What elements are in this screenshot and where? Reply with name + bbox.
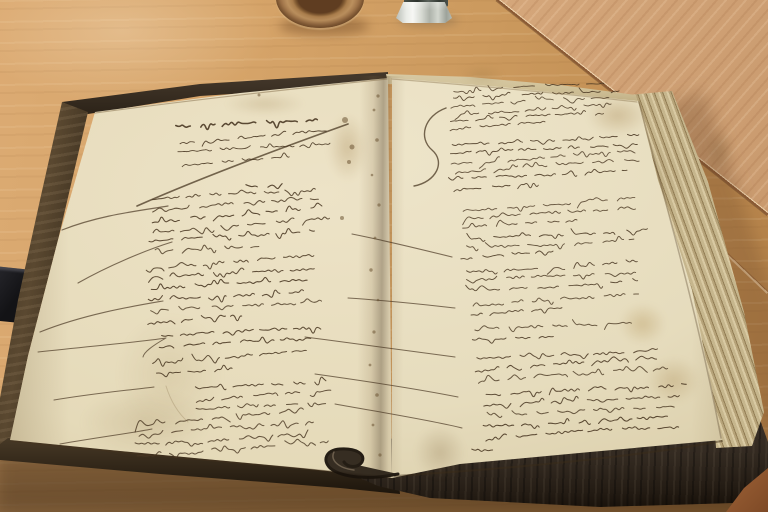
page-stain (210, 88, 320, 120)
page-stain (575, 88, 660, 143)
stains-layer (0, 0, 768, 512)
page-stain (55, 375, 235, 470)
page-stain (452, 60, 512, 90)
page-stain (320, 100, 375, 195)
page-stain (405, 415, 475, 490)
page-stain (636, 348, 711, 413)
photo-scene (0, 0, 768, 512)
page-stain (610, 295, 675, 353)
page-stain (700, 120, 740, 180)
